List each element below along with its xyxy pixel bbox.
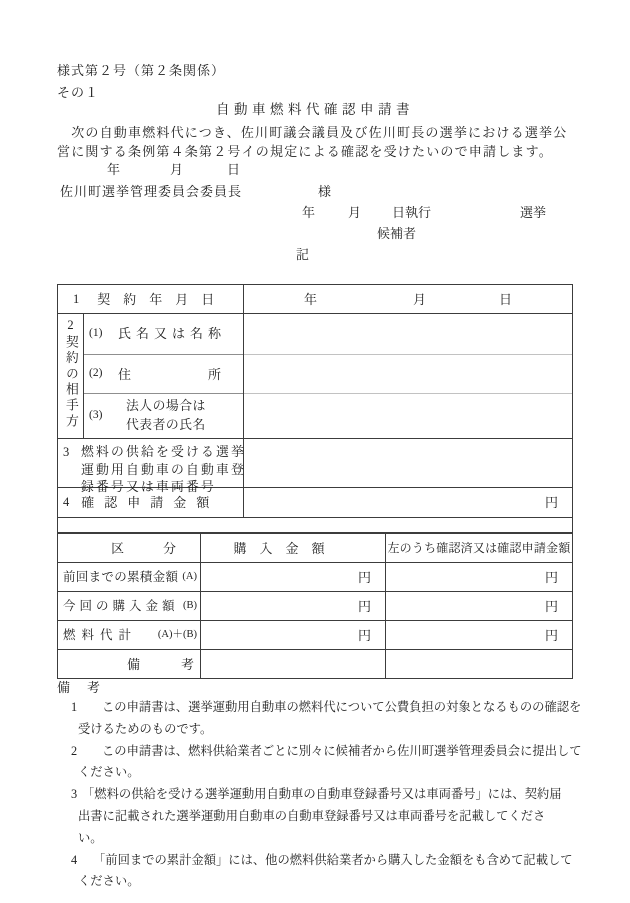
application-amount-row: 4 確認申請金額 円	[58, 487, 572, 517]
note-number: 3	[71, 784, 77, 806]
vehicle-number-row: 3 燃料の供給を受ける選挙運動用自動車の自動車登録番号又は車両番号	[58, 438, 572, 487]
cumulative-amount-row: 前回までの累積金額 (A) 円 円	[58, 562, 572, 591]
confirmed-amount-field: 円	[386, 563, 572, 591]
vertical-label: 契約の相手方	[64, 335, 77, 430]
current-purchase-row: 今回の購入金額 (B) 円 円	[58, 591, 572, 620]
contract-date-field: 年 月 日	[244, 285, 572, 313]
note-text: 「燃料の供給を受ける選挙運動用自動車の自動車登録番号又は車両番号」には、契約届出…	[78, 784, 583, 849]
year-label: 年	[304, 293, 317, 306]
candidate-label: 候補者	[377, 227, 416, 240]
day-label: 日	[499, 293, 512, 306]
category-header: 区 分	[58, 534, 201, 562]
note-number: 2	[71, 741, 77, 763]
month-label: 月	[170, 163, 183, 176]
application-amount-field: 円	[244, 488, 572, 517]
amount-table-header: 区 分 購 入 金 額 左のうち確認済又は確認申請金額	[58, 534, 572, 562]
month-label: 月	[413, 293, 426, 306]
row-label: 契約年月日	[97, 293, 227, 306]
sub-number: (2)	[89, 368, 102, 380]
addressee-line: 佐川町選挙管理委員会委員長 様	[0, 185, 630, 199]
vehicle-number-field	[244, 439, 572, 487]
note-item: 1 この申請書は、選挙運動用自動車の燃料代について公費負担の対象となるものの確認…	[57, 697, 573, 741]
form-number: 様式第２号（第２条関係）	[57, 64, 225, 77]
contract-party-vertical-label: 2 契約の相手方	[58, 314, 84, 438]
application-amount-label: 4 確認申請金額	[58, 488, 244, 517]
name-field	[244, 314, 572, 354]
note-item: 3 「燃料の供給を受ける選挙運動用自動車の自動車登録番号又は車両番号」には、契約…	[57, 784, 573, 849]
row-label: 前回までの累積金額 (A)	[58, 563, 201, 591]
day-label: 日	[227, 163, 240, 176]
note-text: この申請書は、選挙運動用自動車の燃料代について公費負担の対象となるものの確認を受…	[78, 697, 583, 741]
remarks-row: 備 考	[58, 649, 572, 678]
honorific: 様	[318, 185, 331, 198]
note-item: 2 この申請書は、燃料供給業者ごとに別々に候補者から佐川町選挙管理委員会に提出し…	[57, 741, 573, 785]
row-label: 燃料代計 (A)＋(B)	[58, 621, 201, 649]
note-number: 4	[71, 850, 77, 872]
remarks-label: 備 考	[58, 650, 201, 678]
confirmed-amount-field: 円	[386, 621, 572, 649]
addressee: 佐川町選挙管理委員会委員長	[60, 185, 242, 198]
representative-sublabel: (3) 法人の場合は 代表者の氏名	[84, 393, 243, 438]
election-execution-line: 年 月 日執行 選挙	[0, 206, 630, 220]
address-sublabel: (2) 住 所	[84, 354, 243, 394]
form-title: 自動車燃料代確認申請書	[0, 103, 630, 117]
confirmed-amount-header: 左のうち確認済又は確認申請金額	[386, 534, 572, 562]
notes-heading: 備 考	[57, 681, 102, 694]
name-sublabel: (1) 氏名又は名称	[84, 314, 243, 354]
sub-label: 法人の場合は 代表者の氏名	[126, 397, 206, 436]
year-label: 年	[107, 163, 120, 176]
exec-day-label: 日執行	[392, 206, 431, 219]
sub-number: (1)	[89, 328, 102, 340]
purchase-amount-header: 購 入 金 額	[201, 534, 386, 562]
sub-label: 住 所	[118, 368, 226, 381]
note-text: 「前回までの累計金額」には、他の燃料供給業者から購入した金額をも含めて記載してく…	[78, 850, 583, 894]
row-number: 4	[63, 496, 69, 509]
amount-table: 区 分 購 入 金 額 左のうち確認済又は確認申請金額 前回までの累積金額 (A…	[57, 533, 573, 679]
note-number: 1	[71, 697, 77, 719]
intro-paragraph: 次の自動車燃料代につき、佐川町議会議員及び佐川町長の選挙における選挙公営に関する…	[57, 124, 571, 161]
row-label: 今回の購入金額 (B)	[58, 592, 201, 620]
address-field	[244, 354, 572, 394]
contract-table: 1 契約年月日 年 月 日 2 契約の相手方 (1) 氏名又は名称 (2)	[57, 284, 573, 533]
remarks-field-1	[201, 650, 386, 678]
contract-date-row: 1 契約年月日 年 月 日	[58, 285, 572, 313]
exec-month-label: 月	[348, 206, 361, 219]
note-item: 4 「前回までの累計金額」には、他の燃料供給業者から購入した金額をも含めて記載し…	[57, 850, 573, 894]
notes-list: 1 この申請書は、選挙運動用自動車の燃料代について公費負担の対象となるものの確認…	[57, 697, 573, 893]
exec-year-label: 年	[302, 206, 315, 219]
representative-field	[244, 393, 572, 438]
vehicle-number-label: 3 燃料の供給を受ける選挙運動用自動車の自動車登録番号又は車両番号	[58, 439, 244, 487]
fuel-cost-application-form: 様式第２号（第２条関係） その１ 自動車燃料代確認申請書 次の自動車燃料代につき…	[0, 0, 630, 903]
ki-marker: 記	[296, 248, 309, 261]
purchase-amount-field: 円	[201, 592, 386, 620]
purchase-amount-field: 円	[201, 563, 386, 591]
sub-number: (3)	[89, 410, 102, 422]
confirmed-amount-field: 円	[386, 592, 572, 620]
sub-label: 氏名又は名称	[118, 327, 226, 340]
row-number: 2	[67, 319, 73, 332]
contract-party-row: 2 契約の相手方 (1) 氏名又は名称 (2) 住 所 (3) 法人の場合は 代…	[58, 313, 572, 438]
note-text: この申請書は、燃料供給業者ごとに別々に候補者から佐川町選挙管理委員会に提出してく…	[78, 741, 583, 785]
spacer-row	[58, 517, 572, 532]
row-label: 確認申請金額	[81, 496, 219, 509]
contract-party-sublabels: (1) 氏名又は名称 (2) 住 所 (3) 法人の場合は 代表者の氏名	[84, 314, 244, 438]
contract-date-label: 1 契約年月日	[58, 285, 244, 313]
row-number: 1	[73, 293, 79, 306]
part-number: その１	[57, 86, 99, 99]
purchase-amount-field: 円	[201, 621, 386, 649]
contract-party-fields	[244, 314, 572, 438]
remarks-field-2	[386, 650, 572, 678]
fuel-total-row: 燃料代計 (A)＋(B) 円 円	[58, 620, 572, 649]
application-date-line: 年 月 日	[0, 163, 630, 177]
election-label: 選挙	[520, 206, 546, 219]
row-number: 3	[63, 446, 69, 459]
